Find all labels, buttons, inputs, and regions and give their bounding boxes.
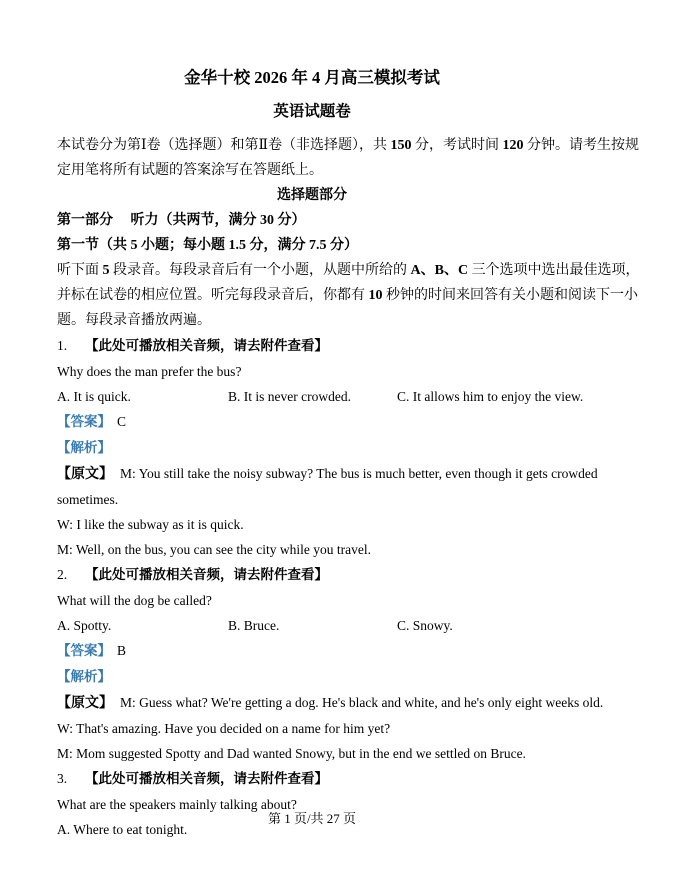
question-3-audio-line: 3.【此处可播放相关音频，请去附件查看】 [57,766,645,792]
question-2-transcript-line-1: 【原文】M: Guess what? We're getting a dog. … [57,690,645,716]
audio-note: 【此处可播放相关音频，请去附件查看】 [85,771,328,786]
question-1-transcript-line-3: M: Well, on the bus, you can see the cit… [57,537,645,562]
page-subtitle: 英语试题卷 [57,99,567,125]
page-title: 金华十校 2026 年 4 月高三模拟考试 [57,64,567,91]
page-footer: 第 1 页/共 27 页 [57,806,567,831]
transcript-label: 【原文】 [57,696,113,711]
exam-paper-page: 金华十校 2026 年 4 月高三模拟考试 英语试题卷 本试卷分为第Ⅰ卷（选择题… [0,0,700,878]
question-2-transcript-line-3: M: Mom suggested Spotty and Dad wanted S… [57,741,645,766]
question-number: 3. [57,766,85,791]
option-a: A. It is quick. [57,384,228,409]
listening-instructions: 听下面 5 段录音。每段录音后有一个小题，从题中所给的 A、B、C 三个选项中选… [57,258,645,333]
analysis-label: 【解析】 [57,669,111,684]
question-1-analysis-line: 【解析】 [57,435,645,461]
answer-value: B [117,643,126,658]
question-2-block: 2.【此处可播放相关音频，请去附件查看】 What will the dog b… [57,562,645,766]
audio-note: 【此处可播放相关音频，请去附件查看】 [85,338,328,353]
question-1-transcript-line-2: W: I like the subway as it is quick. [57,512,645,537]
option-a: A. Spotty. [57,613,228,638]
question-2-answer-line: 【答案】B [57,638,645,664]
option-b: B. It is never crowded. [228,384,397,409]
question-2-stem: What will the dog be called? [57,588,645,613]
question-2-analysis-line: 【解析】 [57,664,645,690]
question-1-block: 1.【此处可播放相关音频，请去附件查看】 Why does the man pr… [57,333,645,562]
question-2-transcript-line-2: W: That's amazing. Have you decided on a… [57,716,645,741]
question-number: 2. [57,562,85,587]
intro-paragraph: 本试卷分为第Ⅰ卷（选择题）和第Ⅱ卷（非选择题），共 150 分，考试时间 120… [57,133,645,183]
question-1-stem: Why does the man prefer the bus? [57,359,645,384]
option-c: C. It allows him to enjoy the view. [397,384,645,409]
option-c: C. Snowy. [397,613,645,638]
answer-label: 【答案】 [57,414,111,429]
question-1-answer-line: 【答案】C [57,409,645,435]
part1-header: 第一部分 听力（共两节，满分 30 分） [57,208,645,233]
audio-note: 【此处可播放相关音频，请去附件查看】 [85,567,328,582]
section1-header: 第一节（共 5 小题；每小题 1.5 分，满分 7.5 分） [57,233,645,258]
answer-label: 【答案】 [57,643,111,658]
transcript-text: M: You still take the noisy subway? The … [57,466,598,507]
transcript-text: M: Guess what? We're getting a dog. He's… [120,695,603,710]
answer-value: C [117,414,126,429]
analysis-label: 【解析】 [57,440,111,455]
transcript-label: 【原文】 [57,467,113,482]
question-1-options-row: A. It is quick. B. It is never crowded. … [57,384,645,409]
question-2-options-row: A. Spotty. B. Bruce. C. Snowy. [57,613,645,638]
option-b: B. Bruce. [228,613,397,638]
question-number: 1. [57,333,85,358]
choice-section-header: 选择题部分 [57,183,567,208]
question-1-transcript-line-1: 【原文】M: You still take the noisy subway? … [57,461,645,512]
question-2-audio-line: 2.【此处可播放相关音频，请去附件查看】 [57,562,645,588]
question-1-audio-line: 1.【此处可播放相关音频，请去附件查看】 [57,333,645,359]
